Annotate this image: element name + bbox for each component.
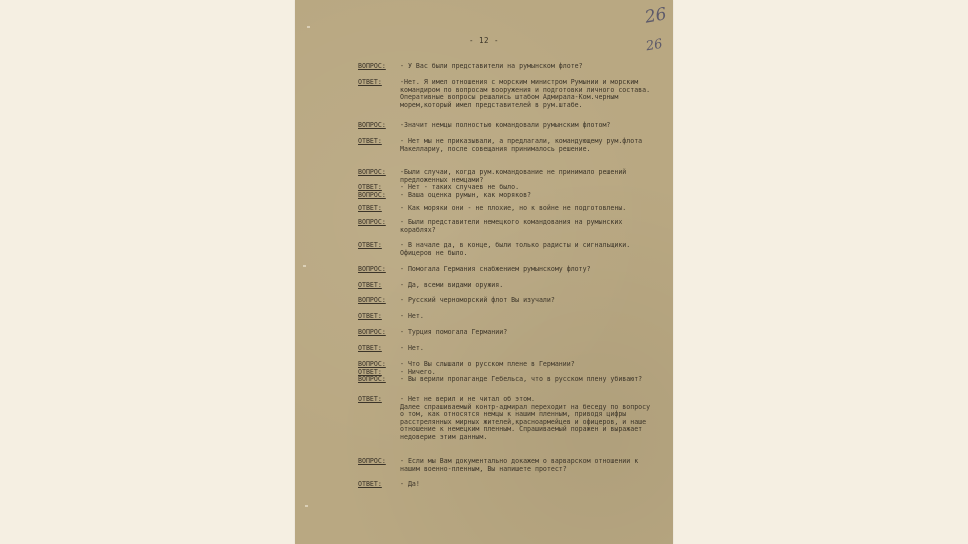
entry-label: ОТВЕТ: — [358, 79, 400, 87]
entry-text: - Да, всеми видами оружия. — [400, 282, 658, 290]
entry-label: ОТВЕТ: — [358, 345, 400, 353]
entry-label: ВОПРОС: — [358, 329, 400, 337]
entry-text: - В начале да, в конце, были только ради… — [400, 242, 658, 257]
answer-entry: ОТВЕТ:- Как моряки они - не плохие, но к… — [358, 205, 663, 213]
entry-text: - Нет не верил и не читал об этом. Далее… — [400, 396, 658, 442]
question-entry: ВОПРОС:- Ваша оценка румын, как моряков? — [358, 192, 663, 200]
answer-entry: ОТВЕТ:-Нет. Я имел отношения с морским м… — [358, 79, 663, 109]
entry-text: - Да! — [400, 481, 658, 489]
paper-speck — [305, 505, 308, 507]
entry-label: ОТВЕТ: — [358, 481, 400, 489]
entry-text: - Нет. — [400, 345, 658, 353]
entry-text: - Ваша оценка румын, как моряков? — [400, 192, 658, 200]
entry-text: - Как моряки они - не плохие, но к войне… — [400, 205, 658, 213]
question-entry: ВОПРОС:-Значит немцы полностью командова… — [358, 122, 663, 130]
entry-label: ВОПРОС: — [358, 376, 400, 384]
answer-entry: ОТВЕТ:- В начале да, в конце, были тольк… — [358, 242, 663, 257]
question-entry: ВОПРОС:- Помогала Германия снабжением ру… — [358, 266, 663, 274]
question-entry: ВОПРОС:-Были случаи, когда рум.командова… — [358, 169, 663, 184]
question-entry: ВОПРОС:- Русский черноморский флот Вы из… — [358, 297, 663, 305]
entry-label: ВОПРОС: — [358, 297, 400, 305]
answer-entry: ОТВЕТ:- Нет мы не приказывали, а предлаг… — [358, 138, 663, 153]
paper-speck — [303, 265, 306, 267]
answer-entry: ОТВЕТ:- Нет. — [358, 345, 663, 353]
entry-text: - У Вас были представители на румынском … — [400, 63, 658, 71]
entry-text: -Значит немцы полностью командовали румы… — [400, 122, 658, 130]
entry-label: ВОПРОС: — [358, 266, 400, 274]
question-entry: ВОПРОС:- Были представители немецкого ко… — [358, 219, 663, 234]
entry-label: ВОПРОС: — [358, 192, 400, 200]
entry-text: - Турция помогала Германии? — [400, 329, 658, 337]
entry-label: ВОПРОС: — [358, 122, 400, 130]
entry-label: ВОПРОС: — [358, 63, 400, 71]
entry-text: - Что Вы слышали о русском плене в Герма… — [400, 361, 658, 369]
handwritten-folio-number: 26 — [644, 4, 669, 27]
entry-label: ОТВЕТ: — [358, 205, 400, 213]
question-entry: ВОПРОС:- Турция помогала Германии? — [358, 329, 663, 337]
entry-text: - Русский черноморский флот Вы изучали? — [400, 297, 658, 305]
question-entry: ВОПРОС:- У Вас были представители на рум… — [358, 63, 663, 71]
entry-label: ОТВЕТ: — [358, 313, 400, 321]
question-entry: ВОПРОС:- Вы верили пропаганде Гебельса, … — [358, 376, 663, 384]
question-entry: ВОПРОС:- Если мы Вам документально докаж… — [358, 458, 663, 473]
paper-speck — [307, 26, 310, 28]
entry-text: - Были представители немецкого командова… — [400, 219, 658, 234]
entry-label: ВОПРОС: — [358, 219, 400, 227]
entry-label: ОТВЕТ: — [358, 138, 400, 146]
entry-text: - Помогала Германия снабжением румынском… — [400, 266, 658, 274]
entry-text: - Если мы Вам документально докажем о ва… — [400, 458, 658, 473]
document-page: 26 26 - 12 - ВОПРОС:- У Вас были предста… — [295, 0, 673, 544]
answer-entry: ОТВЕТ:- Да! — [358, 481, 663, 489]
entry-text: - Нет мы не приказывали, а предлагали, к… — [400, 138, 658, 153]
answer-entry: ОТВЕТ:- Нет не верил и не читал об этом.… — [358, 396, 663, 442]
entry-label: ВОПРОС: — [358, 169, 400, 177]
entry-text: -Нет. Я имел отношения с морским министр… — [400, 79, 658, 109]
entry-label: ОТВЕТ: — [358, 282, 400, 290]
entry-text: -Были случаи, когда рум.командование не … — [400, 169, 658, 184]
entry-text: - Нет. — [400, 313, 658, 321]
entry-label: ОТВЕТ: — [358, 242, 400, 250]
entry-text: - Вы верили пропаганде Гебельса, что в р… — [400, 376, 658, 384]
entry-label: ОТВЕТ: — [358, 396, 400, 404]
answer-entry: ОТВЕТ:- Нет. — [358, 313, 663, 321]
entry-label: ВОПРОС: — [358, 458, 400, 466]
answer-entry: ОТВЕТ:- Да, всеми видами оружия. — [358, 282, 663, 290]
page-number: - 12 - — [295, 36, 673, 45]
